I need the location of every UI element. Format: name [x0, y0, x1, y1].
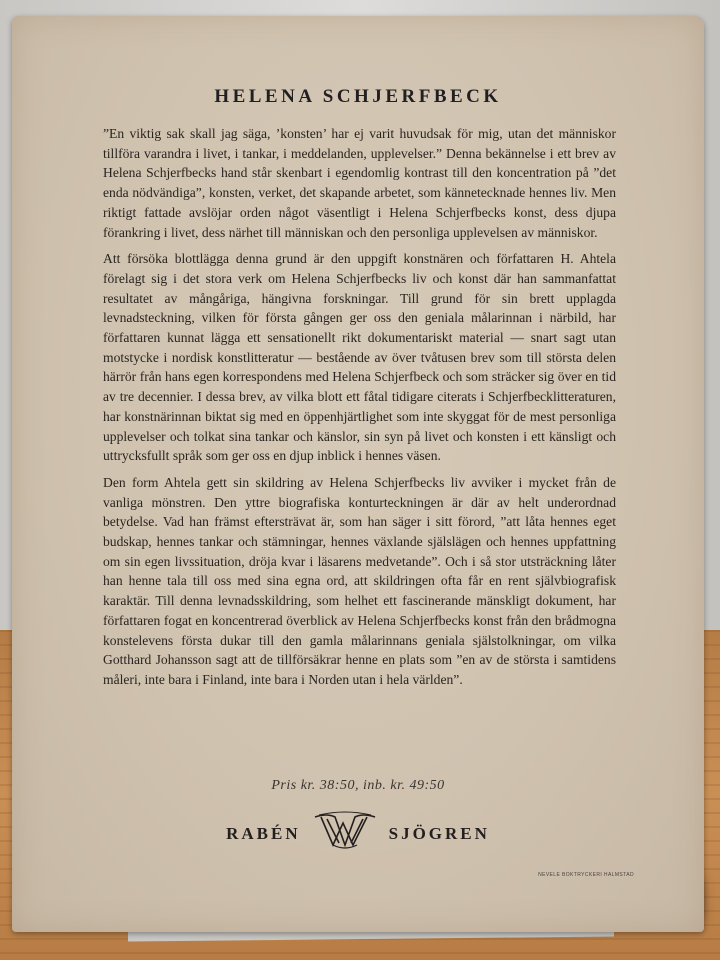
book-back-cover: HELENA SCHJERFBECK ”En viktig sak skall … — [12, 16, 704, 932]
publisher-imprint: RABÉN SJÖGREN — [12, 811, 704, 856]
printer-mark: NEVELE BOKTRYCKERI HALMSTAD — [538, 872, 634, 878]
price-line: Pris kr. 38:50, inb. kr. 49:50 — [12, 778, 704, 794]
publisher-name-left: RABÉN — [226, 824, 301, 844]
rs-monogram-icon — [313, 811, 377, 856]
blurb-paragraph-3: Den form Ahtela gett sin skildring av He… — [103, 473, 616, 690]
cover-title: HELENA SCHJERFBECK — [12, 86, 704, 108]
publisher-name-right: SJÖGREN — [389, 824, 490, 844]
blurb-text: ”En viktig sak skall jag säga, ’konsten’… — [103, 124, 616, 697]
blurb-paragraph-2: Att försöka blottlägga denna grund är de… — [103, 249, 616, 466]
blurb-paragraph-1: ”En viktig sak skall jag säga, ’konsten’… — [103, 124, 616, 242]
